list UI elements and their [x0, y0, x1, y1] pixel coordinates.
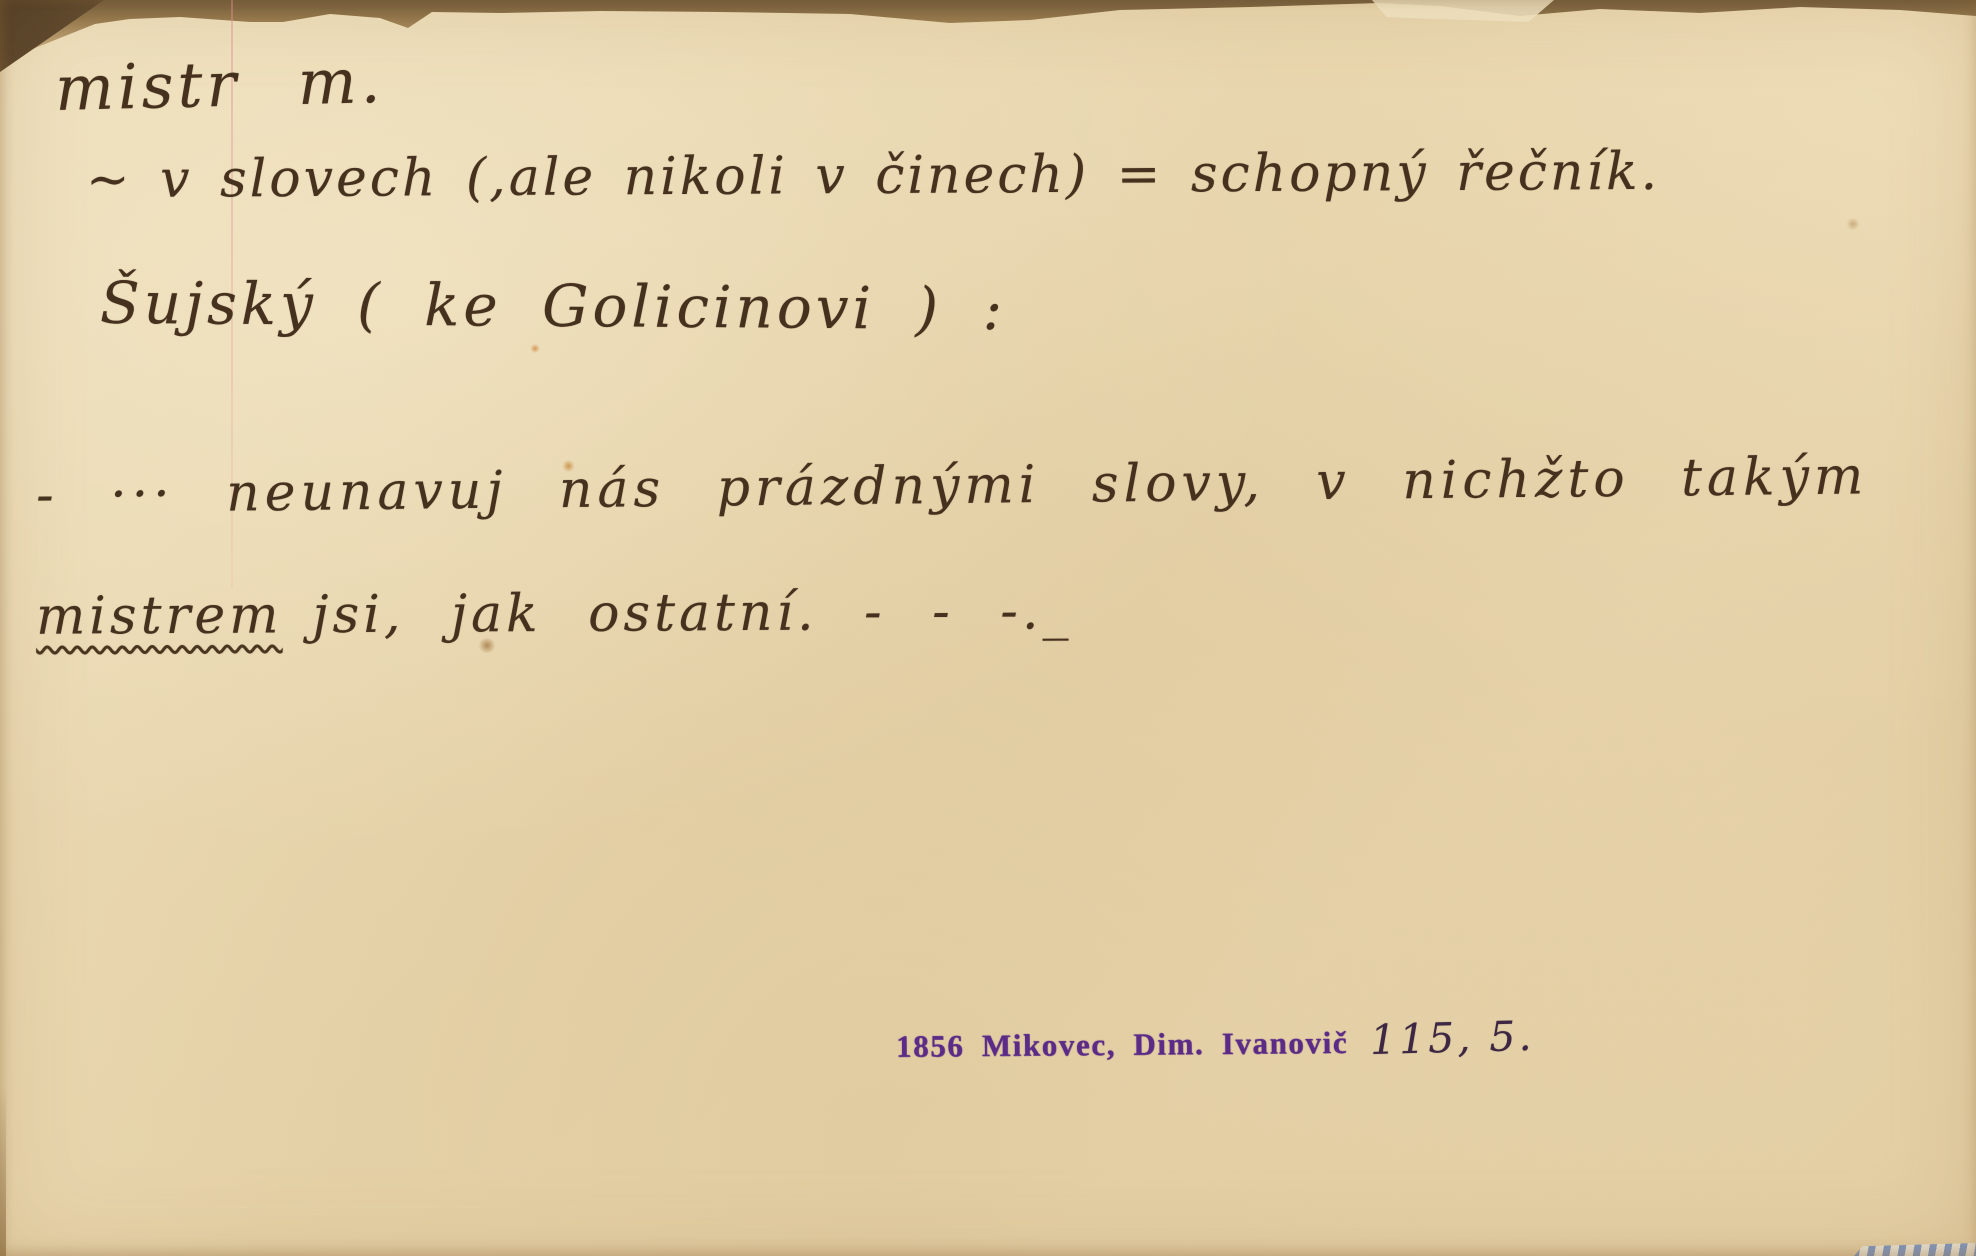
handwritten-line-5: mistremjsi, jak ostatní. - - -._ [36, 581, 1073, 646]
handwritten-line-1: mistr m. [54, 44, 385, 125]
paper-stain [530, 344, 540, 353]
handwritten-line-4: - ··· neunavuj nás prázdnými slovy, v ni… [36, 446, 1869, 525]
striped-edge-fragment [1854, 1243, 1976, 1256]
accession-stamp-row: 1856 Mikovec, Dim. Ivanovič 115, 5. [896, 1013, 1535, 1067]
card-page: mistr m. ~ v slovech (,ale nikoli v čine… [0, 0, 1976, 1256]
paper-edge-shadow [0, 1086, 6, 1256]
accession-stamp: 1856 Mikovec, Dim. Ivanovič [896, 1025, 1348, 1065]
torn-edge-light-patch [1372, 0, 1554, 22]
handwritten-line-3: Šujský ( ke Golicinovi ) : [100, 269, 1007, 343]
paper-stain [1846, 218, 1860, 230]
underlined-word: mistrem [36, 585, 283, 646]
handwritten-line-2: ~ v slovech (,ale nikoli v činech) = sch… [86, 142, 1660, 210]
line5-rest: jsi, jak ostatní. - - -._ [312, 581, 1072, 645]
handwritten-shelfmark: 115, 5. [1369, 1012, 1535, 1064]
